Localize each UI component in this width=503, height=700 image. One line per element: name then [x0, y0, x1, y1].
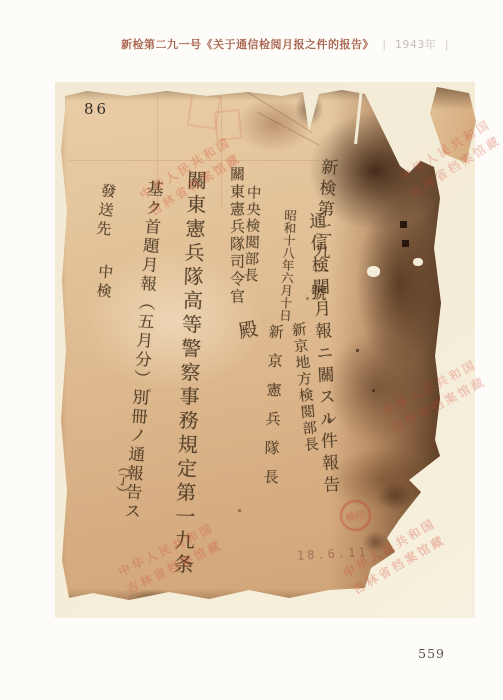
- ghost-stamp: [214, 109, 243, 142]
- column-honorific: 殿: [232, 318, 263, 348]
- torn-fragment: [430, 87, 476, 163]
- column-recipient-commander: 關東憲兵隊司令官: [227, 166, 248, 316]
- seal-text: 検印: [344, 506, 367, 525]
- book-page-number: 559: [418, 646, 445, 661]
- paper-sheet: [57, 88, 445, 604]
- header-year: 1943年: [395, 38, 437, 51]
- header-title: 新检第二九一号《关于通信检阅月报之件的报告》: [121, 38, 374, 51]
- paper-hole: [413, 258, 423, 266]
- archive-folio-number: 86: [84, 100, 109, 118]
- header-separator: |: [382, 38, 386, 51]
- ink-specks: [57, 88, 58, 89]
- book-page: 新检第二九一号《关于通信检阅月报之件的报告》 | 1943年 | 86 新検第二…: [0, 0, 503, 700]
- column-distribution-value: 中検: [92, 263, 117, 311]
- paper-hole: [367, 266, 380, 277]
- paper-crack: [354, 88, 363, 144]
- running-header: 新检第二九一号《关于通信检阅月报之件的报告》 | 1943年 |: [121, 36, 453, 52]
- header-separator: |: [445, 38, 449, 51]
